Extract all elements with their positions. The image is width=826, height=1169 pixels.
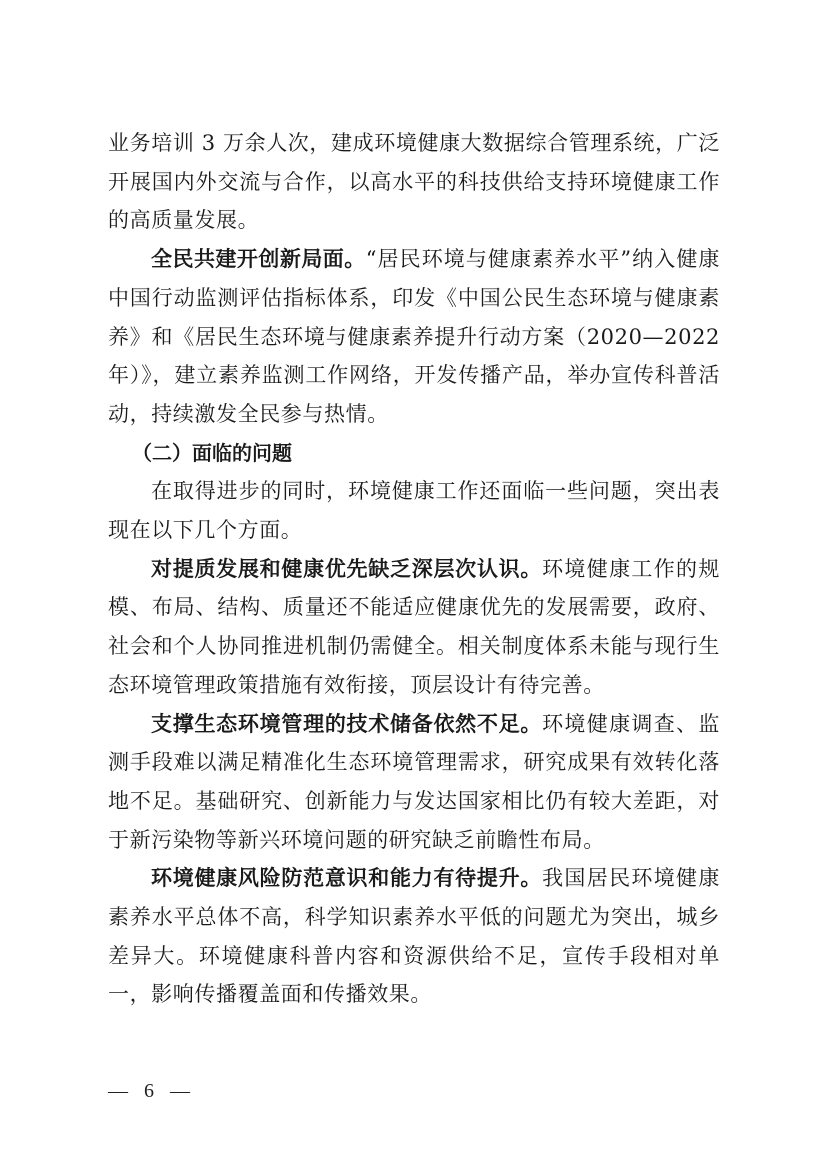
paragraph-public-participation: 全民共建开创新局面。“居民环境与健康素养水平”纳入健康中国行动监测评估指标体系，… bbox=[108, 240, 720, 434]
paragraph-understanding: 对提质发展和健康优先缺乏深层次认识。环境健康工作的规模、布局、结构、质量还不能适… bbox=[108, 550, 720, 705]
section-heading: （二）面临的问题 bbox=[108, 434, 720, 473]
paragraph-text: 业务培训 3 万余人次，建成环境健康大数据综合管理系统，广泛开展国内外交流与合作… bbox=[108, 131, 720, 232]
paragraph-lead-heading: 支撑生态环境管理的技术储备依然不足。 bbox=[151, 712, 542, 736]
paragraph-continuation: 业务培训 3 万余人次，建成环境健康大数据综合管理系统，广泛开展国内外交流与合作… bbox=[108, 124, 720, 240]
page-number: — 6 — bbox=[108, 1080, 192, 1103]
paragraph-technical-reserve: 支撑生态环境管理的技术储备依然不足。环境健康调查、监测手段难以满足精准化生态环境… bbox=[108, 705, 720, 860]
paragraph-intro: 在取得进步的同时，环境健康工作还面临一些问题，突出表现在以下几个方面。 bbox=[108, 472, 720, 549]
paragraph-lead-heading: 全民共建开创新局面。 bbox=[151, 247, 366, 271]
paragraph-text: “居民环境与健康素养水平”纳入健康中国行动监测评估指标体系，印发《中国公民生态环… bbox=[108, 247, 720, 426]
document-page: 业务培训 3 万余人次，建成环境健康大数据综合管理系统，广泛开展国内外交流与合作… bbox=[108, 124, 720, 1014]
paragraph-risk-awareness: 环境健康风险防范意识和能力有待提升。我国居民环境健康素养水平总体不高，科学知识素… bbox=[108, 859, 720, 1014]
paragraph-lead-heading: 对提质发展和健康优先缺乏深层次认识。 bbox=[151, 557, 542, 581]
paragraph-text: 在取得进步的同时，环境健康工作还面临一些问题，突出表现在以下几个方面。 bbox=[108, 479, 720, 542]
paragraph-lead-heading: 环境健康风险防范意识和能力有待提升。 bbox=[151, 866, 542, 890]
